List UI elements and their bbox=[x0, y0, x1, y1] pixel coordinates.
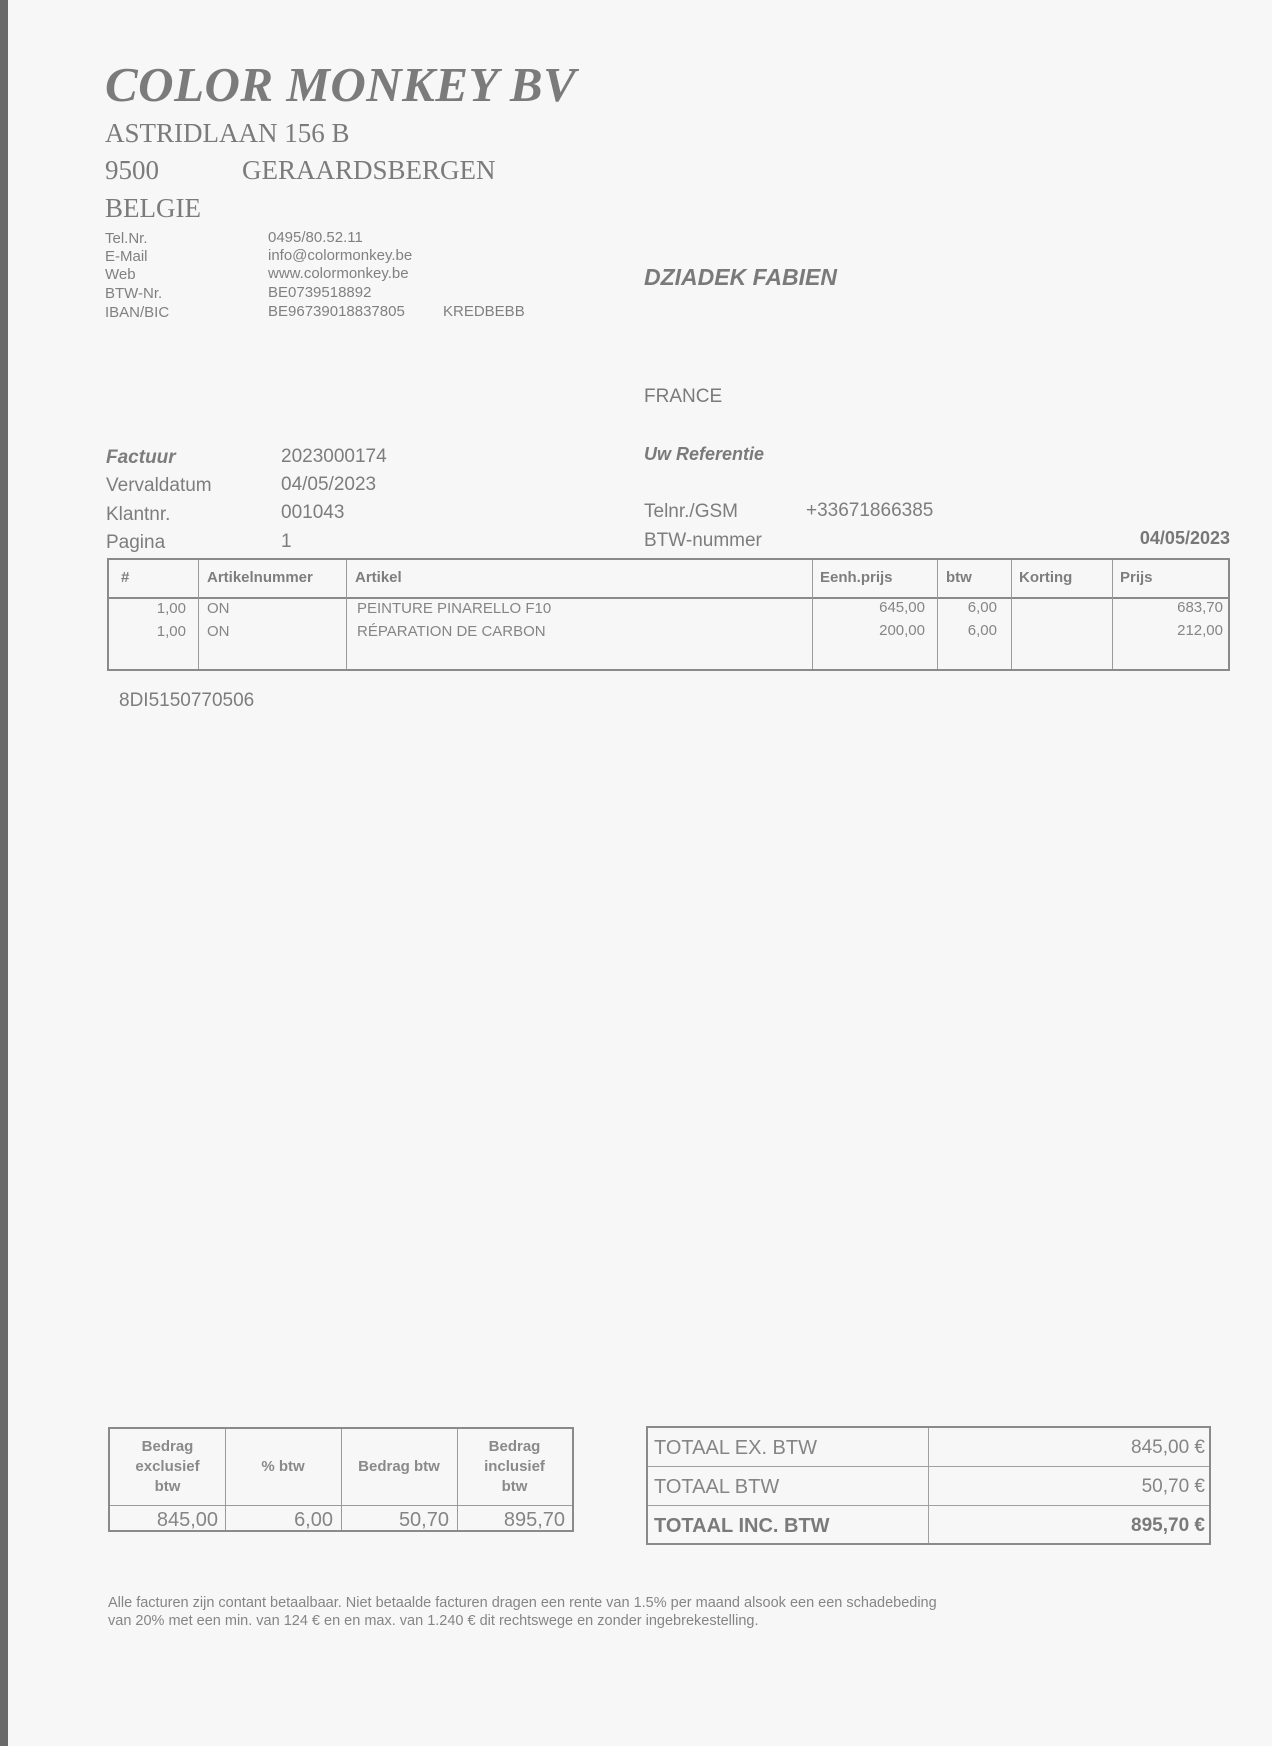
client-name: DZIADEK FABIEN bbox=[644, 264, 837, 291]
client-phone-label: Telnr./GSM bbox=[644, 501, 738, 523]
vat-summary-table: Bedrag exclusief btw % btw Bedrag btw Be… bbox=[108, 1427, 574, 1532]
header-discount: Korting bbox=[1019, 569, 1072, 586]
column-divider bbox=[198, 560, 199, 669]
client-vat-label: BTW-nummer bbox=[644, 530, 762, 552]
contact-label-tel: Tel.Nr. bbox=[105, 230, 148, 247]
vat-header-excl-text: Bedrag exclusief btw bbox=[128, 1437, 208, 1497]
row-article-number: ON bbox=[207, 600, 230, 617]
row-qty: 1,00 bbox=[109, 623, 186, 640]
customer-number: 001043 bbox=[281, 502, 344, 524]
row-qty: 1,00 bbox=[109, 600, 186, 617]
vat-header-rate-text: % btw bbox=[261, 1457, 304, 1477]
total-vat-value: 50,70 € bbox=[1142, 1476, 1205, 1498]
contact-value-web: www.colormonkey.be bbox=[268, 265, 409, 282]
totals-table: TOTAAL EX. BTW 845,00 € TOTAAL BTW 50,70… bbox=[646, 1426, 1211, 1545]
company-name: COLOR MONKEY BV bbox=[105, 56, 576, 113]
row-vat: 6,00 bbox=[937, 599, 997, 616]
contact-value-tel: 0495/80.52.11 bbox=[268, 229, 363, 246]
company-country: BELGIE bbox=[105, 193, 201, 224]
reference-code: 8DI5150770506 bbox=[119, 690, 254, 712]
column-divider bbox=[928, 1428, 929, 1543]
client-reference-label: Uw Referentie bbox=[644, 444, 764, 465]
invoice-number: 2023000174 bbox=[281, 446, 387, 468]
contact-label-vat: BTW-Nr. bbox=[105, 285, 162, 302]
contact-value-email: info@colormonkey.be bbox=[268, 247, 412, 264]
total-vat-label: TOTAAL BTW bbox=[654, 1476, 779, 1499]
total-inc-vat-value: 895,70 € bbox=[1131, 1515, 1205, 1537]
vat-value-amount: 50,70 bbox=[341, 1509, 449, 1532]
contact-value-vat: BE0739518892 bbox=[268, 284, 371, 301]
items-table: # Artikelnummer Artikel Eenh.prijs btw K… bbox=[107, 558, 1230, 671]
vat-header-amount-text: Bedrag btw bbox=[358, 1457, 440, 1477]
vat-header-amount: Bedrag btw bbox=[341, 1429, 457, 1505]
row-article-number: ON bbox=[207, 623, 230, 640]
vat-header-rate: % btw bbox=[225, 1429, 341, 1505]
row-unit-price: 645,00 bbox=[812, 599, 925, 616]
header-article-number: Artikelnummer bbox=[207, 569, 313, 586]
contact-label-iban: IBAN/BIC bbox=[105, 304, 169, 321]
total-ex-vat-label: TOTAAL EX. BTW bbox=[654, 1437, 817, 1460]
total-ex-vat-value: 845,00 € bbox=[1131, 1437, 1205, 1459]
header-unit-price: Eenh.prijs bbox=[820, 569, 893, 586]
column-divider bbox=[346, 560, 347, 669]
contact-value-iban: BE96739018837805 bbox=[268, 303, 405, 320]
header-qty: # bbox=[121, 569, 129, 586]
due-date-label: Vervaldatum bbox=[106, 475, 212, 497]
client-phone: +33671866385 bbox=[806, 500, 933, 522]
vat-header-incl: Bedrag inclusief btw bbox=[457, 1429, 572, 1505]
vat-value-incl: 895,70 bbox=[457, 1509, 565, 1532]
invoice-date: 04/05/2023 bbox=[1140, 528, 1230, 549]
header-article: Artikel bbox=[355, 569, 402, 586]
vat-value-rate: 6,00 bbox=[225, 1509, 333, 1532]
contact-label-email: E-Mail bbox=[105, 248, 148, 265]
contact-value-bic: KREDBEBB bbox=[443, 303, 525, 320]
vat-header-incl-text: Bedrag inclusief btw bbox=[475, 1437, 555, 1497]
row-price: 212,00 bbox=[1112, 622, 1223, 639]
page-label: Pagina bbox=[106, 532, 165, 554]
row-unit-price: 200,00 bbox=[812, 622, 925, 639]
column-divider bbox=[1011, 560, 1012, 669]
company-postal-code: 9500 bbox=[105, 155, 159, 186]
company-city: GERAARDSBERGEN bbox=[242, 155, 496, 186]
scan-edge bbox=[0, 0, 8, 1746]
vat-header-excl: Bedrag exclusief btw bbox=[110, 1429, 225, 1505]
due-date: 04/05/2023 bbox=[281, 474, 376, 496]
row-article: PEINTURE PINARELLO F10 bbox=[357, 600, 551, 617]
row-divider bbox=[648, 1466, 1209, 1467]
header-price: Prijs bbox=[1120, 569, 1153, 586]
payment-terms: Alle facturen zijn contant betaalbaar. N… bbox=[108, 1594, 948, 1630]
invoice-label: Factuur bbox=[106, 447, 176, 469]
page-number: 1 bbox=[281, 531, 292, 553]
row-price: 683,70 bbox=[1112, 599, 1223, 616]
row-divider bbox=[648, 1505, 1209, 1506]
contact-label-web: Web bbox=[105, 266, 136, 283]
total-inc-vat-label: TOTAAL INC. BTW bbox=[654, 1515, 830, 1538]
vat-value-excl: 845,00 bbox=[110, 1509, 218, 1532]
customer-number-label: Klantnr. bbox=[106, 504, 170, 526]
row-vat: 6,00 bbox=[937, 622, 997, 639]
client-country: FRANCE bbox=[644, 386, 722, 408]
header-vat: btw bbox=[946, 569, 972, 586]
company-street: ASTRIDLAAN 156 B bbox=[105, 118, 350, 149]
row-article: RÉPARATION DE CARBON bbox=[357, 623, 546, 640]
